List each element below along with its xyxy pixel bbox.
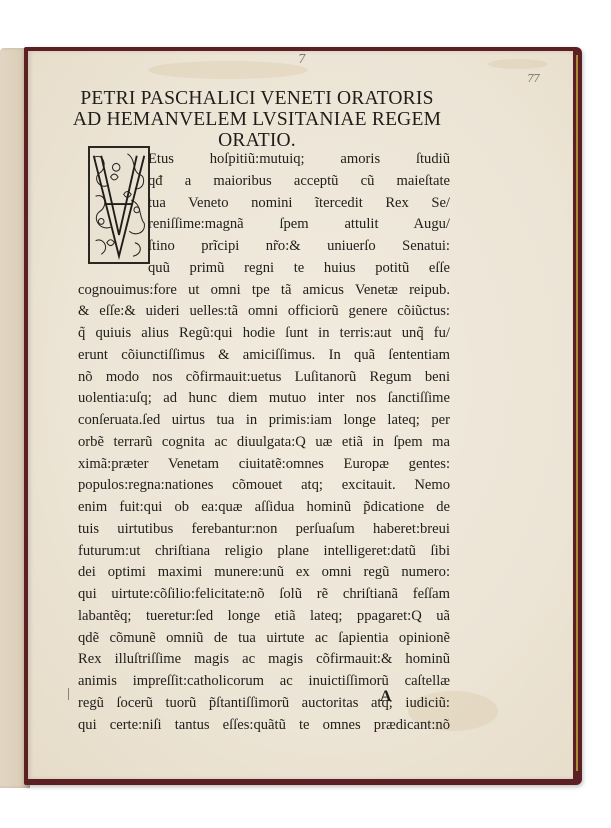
margin-mark <box>68 688 69 700</box>
text-line: labantẽq; tueretur:ſed longe etiã lateq;… <box>78 606 450 628</box>
title-line-1: PETRI PASCHALICI VENETI ORATORIS <box>64 88 450 109</box>
text-line: uolentia:uſq; ad hunc diem mutuo inter n… <box>78 388 450 410</box>
text-line: Rex illuſtriſſime magis ac magis cõfirma… <box>78 649 450 671</box>
text-line: Etus hoſpitiũ:mutuiq; amoris ſtudiũ <box>78 149 450 171</box>
oration-text: Etus hoſpitiũ:mutuiq; amoris ſtudiũ qđ a… <box>78 149 450 736</box>
book-scene: 7 77 PETRI PASCHALICI VENETI ORATORIS AD… <box>0 0 611 828</box>
text-line: animis impreſſit:catholicorum ac inuicti… <box>78 671 450 693</box>
text-line: populos:regna:nationes cõmouet atq; exci… <box>78 475 450 497</box>
text-line: dei optimi maximi munere:unũ ex omni reg… <box>78 562 450 584</box>
text-line: reniſſime:magnã ſpem attulit Augu/ <box>78 214 450 236</box>
text-line: quũ primũ regni te huius potitũ eſſe <box>78 258 450 280</box>
text-line: tuis uirtutibus ferebantur:non perſuaſum… <box>78 519 450 541</box>
pencil-note-folio: 77 <box>527 72 539 85</box>
text-line: orbẽ terrarũ cognita ac diuulgata:Q uæ e… <box>78 432 450 454</box>
text-line: cognouimus:fore ut omni tpe tã amicus Ve… <box>78 280 450 302</box>
text-line: tua Veneto nomini ĩtercedit Rex Se/ <box>78 193 450 215</box>
title-line-2: AD HEMANVELEM LVSITANIAE REGEM <box>64 109 450 130</box>
foxing-stain <box>148 61 308 79</box>
text-line: erunt cõiunctiſſimus & amiciſſimus. In q… <box>78 345 450 367</box>
text-line: & eſſe:& uideri uelles:tã omni officiorũ… <box>78 301 450 323</box>
text-line: qui uirtute:cõſilio:felicitate:nõ ſolũ r… <box>78 584 450 606</box>
text-line: conſeruata.ſed uirtus tua in primis:iam … <box>78 410 450 432</box>
text-line: q̃ quiuis alius Regũ:qui hodie ſunt in t… <box>78 323 450 345</box>
text-line: ximã:præter Venetam ciuitatẽ:omnes Europ… <box>78 454 450 476</box>
text-line: ſtino prĩcipi nr̃o:& uniuerſo Senatui: <box>78 236 450 258</box>
signature-mark: A <box>380 688 392 706</box>
pencil-note-top-center: 7 <box>298 52 306 66</box>
gilt-edge <box>576 55 578 771</box>
text-line: qđ a maioribus acceptũ cũ maieſtate <box>78 171 450 193</box>
page-title: PETRI PASCHALICI VENETI ORATORIS AD HEMA… <box>64 88 450 151</box>
text-line: futurum:ut chriſtiana religio plane inte… <box>78 541 450 563</box>
text-line: nõ modo nos cõfirmauit:uetus Luſitanorũ … <box>78 367 450 389</box>
text-line: qdẽ cõmunẽ omniũ de tua uirtute ac ſapie… <box>78 628 450 650</box>
text-line: enim fuit:qui ob ea:quæ aſſidua hominũ p… <box>78 497 450 519</box>
text-line: qui certe:niſi tantus eſſes:quãtũ te omn… <box>78 715 450 737</box>
foxing-stain <box>488 59 548 69</box>
text-line: regũ ſocerũ tuorũ p̃ſtantiſſimorũ auctor… <box>78 693 450 715</box>
